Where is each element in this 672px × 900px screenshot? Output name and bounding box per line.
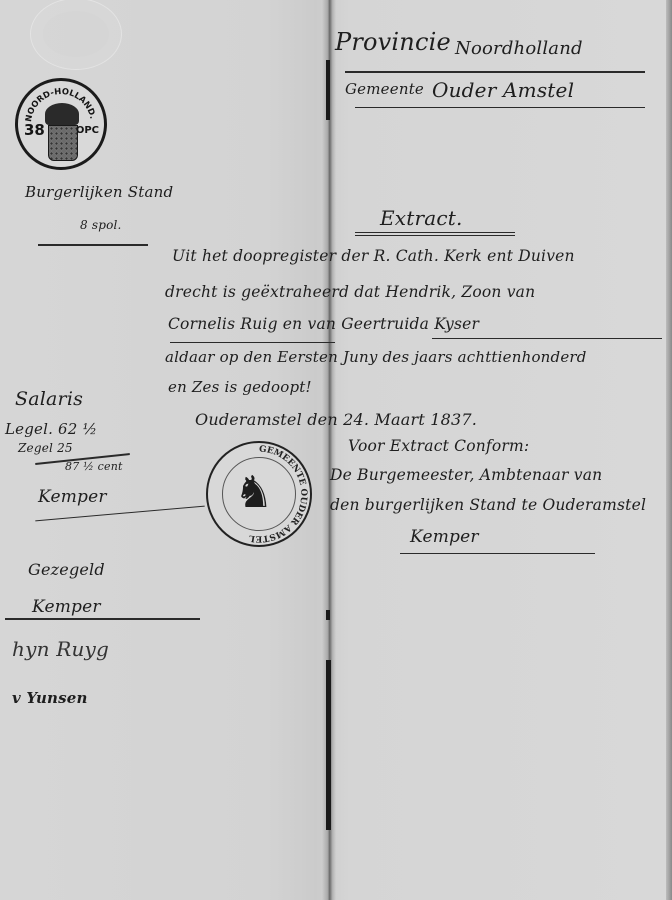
tax-stamp: NOORD-HOLLAND. 38 OPC	[15, 78, 107, 170]
crown-icon	[45, 103, 79, 125]
father-underline	[170, 342, 335, 343]
document-page: Provincie Noordholland Gemeente Ouder Am…	[0, 0, 672, 900]
province-label: Provincie	[335, 28, 451, 56]
title-underline	[355, 235, 515, 236]
department-label: Burgerlijken Stand	[25, 183, 173, 201]
official-signature: Kemper	[410, 527, 479, 547]
divider	[345, 71, 645, 73]
body-line-3: Cornelis Ruig en van Geertruida Kyser	[168, 315, 479, 333]
extra-name: hyn Ruyg	[12, 637, 109, 661]
fee-salaris: Salaris	[15, 388, 83, 410]
body-line-4: aldaar op den Eersten Juny des jaars ach…	[165, 348, 587, 366]
body-line-5: en Zes is gedoopt!	[168, 378, 312, 396]
divider	[355, 107, 645, 108]
divider	[38, 244, 148, 246]
extra-name-2: v Yunsen	[12, 689, 88, 707]
municipality-value: Ouder Amstel	[432, 78, 574, 102]
title-underline	[355, 232, 515, 233]
department-sub: 8 spol.	[80, 218, 122, 232]
spine-mark	[326, 660, 331, 830]
stamp-unit: OPC	[76, 125, 99, 136]
body-line-1: Uit het doopregister der R. Cath. Kerk e…	[172, 247, 575, 265]
stamp-value: 38	[24, 121, 45, 139]
fee-signature: Kemper	[38, 487, 107, 507]
lion-icon: ♞	[234, 467, 273, 518]
fee-total: 87 ½ cent	[65, 460, 123, 473]
shield-icon	[48, 125, 78, 161]
paid-signature: Kemper	[32, 597, 101, 617]
spine-mark	[326, 60, 330, 120]
extract-title: Extract.	[380, 206, 463, 230]
certification: Voor Extract Conform:	[348, 437, 529, 455]
spine-mark	[326, 610, 330, 620]
municipal-seal: GEMEENTE OUDER AMSTEL ♞	[206, 441, 312, 547]
body-line-2: drecht is geëxtraheerd dat Hendrik, Zoon…	[165, 283, 535, 301]
province-value: Noordholland	[455, 38, 583, 59]
fee-legel: Legel. 62 ½	[5, 420, 97, 438]
fee-zegel: Zegel 25	[18, 441, 73, 455]
official-line-1: De Burgemeester, Ambtenaar van	[330, 466, 602, 484]
page-edge	[666, 0, 672, 900]
embossed-seal	[30, 0, 122, 70]
place-date: Ouderamstel den 24. Maart 1837.	[195, 410, 477, 429]
signature-underline	[400, 553, 595, 554]
mother-underline	[432, 338, 662, 339]
divider	[5, 618, 200, 620]
divider	[35, 506, 204, 522]
municipality-label: Gemeente	[345, 80, 424, 98]
paid-note: Gezegeld	[28, 560, 105, 579]
official-line-2: den burgerlijken Stand te Ouderamstel	[330, 496, 646, 514]
